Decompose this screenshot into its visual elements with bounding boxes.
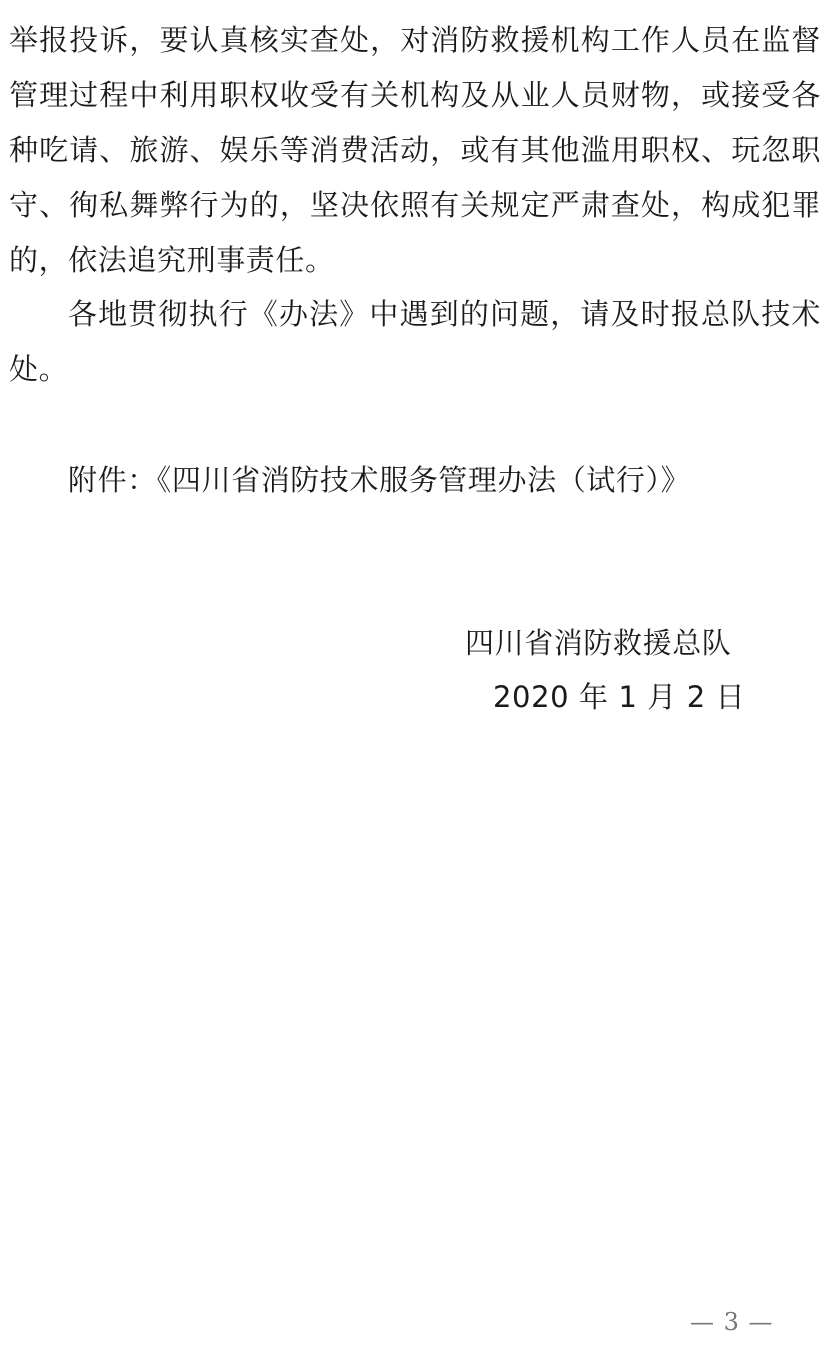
page-number: — 3 — [690, 1308, 774, 1336]
paragraph2-line-2: 处。 [9, 351, 821, 387]
body-line-3: 种吃请、旅游、娱乐等消费活动，或有其他滥用职权、玩忽职 [9, 132, 821, 168]
body-line-1: 举报投诉，要认真核实查处，对消防救援机构工作人员在监督 [9, 22, 821, 58]
paragraph2-line-1: 各地贯彻执行《办法》中遇到的问题，请及时报总队技术 [68, 296, 821, 332]
body-line-2: 管理过程中利用职权收受有关机构及从业人员财物，或接受各 [9, 77, 821, 113]
signature-organization: 四川省消防救援总队 [465, 625, 731, 661]
document-page: 举报投诉，要认真核实查处，对消防救援机构工作人员在监督 管理过程中利用职权收受有… [0, 0, 828, 1358]
attachment-line: 附件：《四川省消防技术服务管理办法（试行）》 [68, 462, 690, 498]
signature-date: 2020 年 1 月 2 日 [493, 679, 745, 715]
body-line-5: 的，依法追究刑事责任。 [9, 242, 821, 278]
body-line-4: 守、徇私舞弊行为的，坚决依照有关规定严肃查处，构成犯罪 [9, 187, 821, 223]
